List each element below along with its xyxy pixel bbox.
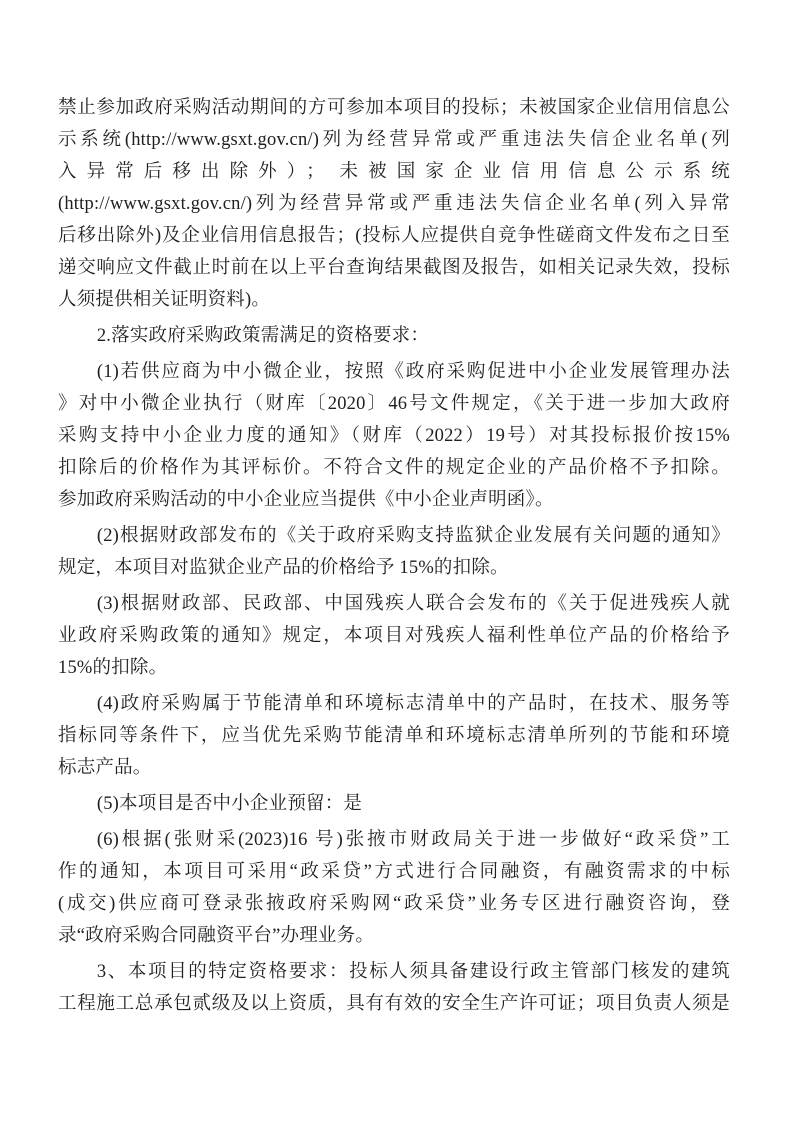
text-line: 规定，本项目对监狱企业产品的价格给予 15%的扣除。 [58,552,730,584]
text-line: 后移出除外)及企业信用信息报告；(投标人应提供自竞争性磋商文件发布之日至 [58,220,730,252]
paragraph-item-2-prison-enterprise: (2)根据财政部发布的《关于政府采购支持监狱企业发展有关问题的通知》 规定，本项… [58,520,730,584]
text-line: 2.落实政府采购政策需满足的资格要求： [58,320,730,352]
text-line: 参加政府采购活动的中小企业应当提供《中小企业声明函》。 [58,484,730,516]
paragraph-item-1-sme-policy: (1)若供应商为中小微企业，按照《政府采购促进中小企业发展管理办法 》对中小微企… [58,356,730,516]
text-line: 业政府采购政策的通知》规定，本项目对残疾人福利性单位产品的价格给予 [58,620,730,652]
text-line: 15%的扣除。 [58,652,730,684]
document-body-text: 禁止参加政府采购活动期间的方可参加本项目的投标；未被国家企业信用信息公 示系统(… [58,92,730,1024]
text-line: 作的通知，本项目可采用“政采贷”方式进行合同融资，有融资需求的中标 [58,856,730,888]
paragraph-item-4-energy-saving: (4)政府采购属于节能清单和环境标志清单中的产品时，在技术、服务等 指标同等条件… [58,688,730,784]
text-line: 工程施工总承包贰级及以上资质，具有有效的安全生产许可证；项目负责人须是 [58,988,730,1020]
paragraph-item-5-sme-reserved: (5)本项目是否中小企业预留：是 [58,788,730,820]
text-line: 3、本项目的特定资格要求：投标人须具备建设行政主管部门核发的建筑 [58,956,730,988]
text-line: 录“政府采购合同融资平台”办理业务。 [58,920,730,952]
text-line: (4)政府采购属于节能清单和环境标志清单中的产品时，在技术、服务等 [58,688,730,720]
text-line: 示系统(http://www.gsxt.gov.cn/)列为经营异常或严重违法失… [58,124,730,156]
text-line: 标志产品。 [58,752,730,784]
paragraph-continued-qualification-clause: 禁止参加政府采购活动期间的方可参加本项目的投标；未被国家企业信用信息公 示系统(… [58,92,730,316]
text-line: 人须提供相关证明资料)。 [58,284,730,316]
text-line: (2)根据财政部发布的《关于政府采购支持监狱企业发展有关问题的通知》 [58,520,730,552]
text-line: 采购支持中小企业力度的通知》（财库（2022）19号）对其投标报价按15% [58,420,730,452]
text-line: 递交响应文件截止时前在以上平台查询结果截图及报告，如相关记录失效，投标 [58,252,730,284]
paragraph-section-3-specific-qualification: 3、本项目的特定资格要求：投标人须具备建设行政主管部门核发的建筑 工程施工总承包… [58,956,730,1020]
paragraph-item-3-disabled-welfare: (3)根据财政部、民政部、中国残疾人联合会发布的《关于促进残疾人就 业政府采购政… [58,588,730,684]
text-line: 扣除后的价格作为其评标价。不符合文件的规定企业的产品价格不予扣除。 [58,452,730,484]
text-line: 入异常后移出除外）； 未被国家企业信用信息公示系统 [58,156,730,188]
paragraph-section-2-heading: 2.落实政府采购政策需满足的资格要求： [58,320,730,352]
text-line: (3)根据财政部、民政部、中国残疾人联合会发布的《关于促进残疾人就 [58,588,730,620]
text-line: 指标同等条件下，应当优先采购节能清单和环境标志清单所列的节能和环境 [58,720,730,752]
text-line: (成交)供应商可登录张掖政府采购网“政采贷”业务专区进行融资咨询，登 [58,888,730,920]
text-line: 禁止参加政府采购活动期间的方可参加本项目的投标；未被国家企业信用信息公 [58,92,730,124]
text-line: 》对中小微企业执行（财库〔2020〕46号文件规定，《关于进一步加大政府 [58,388,730,420]
text-line: (1)若供应商为中小微企业，按照《政府采购促进中小企业发展管理办法 [58,356,730,388]
paragraph-item-6-zhengcaidai: (6)根据(张财采(2023)16 号)张掖市财政局关于进一步做好“政采贷”工 … [58,824,730,952]
text-line: (http://www.gsxt.gov.cn/)列为经营异常或严重违法失信企业… [58,188,730,220]
text-line: (6)根据(张财采(2023)16 号)张掖市财政局关于进一步做好“政采贷”工 [58,824,730,856]
text-line: (5)本项目是否中小企业预留：是 [58,788,730,820]
document-page: 禁止参加政府采购活动期间的方可参加本项目的投标；未被国家企业信用信息公 示系统(… [0,0,793,1122]
